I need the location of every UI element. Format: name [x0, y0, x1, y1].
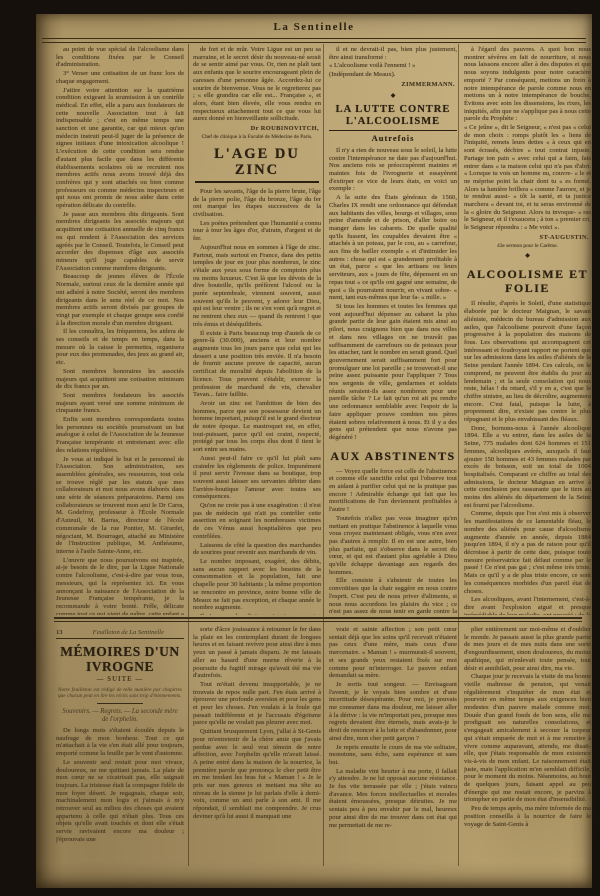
paragraph: plier entièrement sur moi-même et d'oubl… [464, 626, 591, 672]
paragraph: Aussi peut-il faire ce qu'il lui plaît s… [193, 455, 321, 501]
column-2: de fort et de mûr. Votre Ligue est un pe… [193, 46, 321, 615]
feuilleton-column-3: vraie et sainte affection ; son petit cœ… [329, 626, 457, 878]
paragraph: à l'égard des pauvres. A quoi bon nous m… [464, 46, 591, 123]
column-divider [323, 44, 324, 866]
paragraph: Il les connaîtra, les fréquentera, les a… [56, 328, 184, 367]
paragraph: Laissons de côté la question des marchan… [193, 542, 321, 557]
column-divider [458, 44, 459, 866]
paragraph: Tout m'était devenu insupportable, je ne… [193, 681, 321, 727]
quoted-passage: « L'alcoolisme voilà l'ennemi ! » [329, 62, 457, 70]
paragraph: Avoir un zinc est l'ambition de bien des… [193, 400, 321, 454]
feuilleton-column-2: sorte d'âcre jouissance à retourner le f… [193, 626, 321, 878]
paragraph: Le souvenir seul restait pour moi vivace… [56, 759, 184, 844]
paragraph: A la suite des États généraux de 1560, C… [329, 194, 457, 302]
column-1: au point de vue spécial de l'alcoolisme … [56, 46, 184, 615]
paragraph: Il résulte, d'après le Soleil, d'une sta… [464, 300, 591, 423]
paragraph: Qu'on ne croie pas à une exagération : i… [193, 502, 321, 541]
paragraph: Enfin sont membres correspondants toutes… [56, 416, 184, 455]
feuilleton-label: Feuilleton de La Sentinelle [73, 629, 184, 636]
newspaper-page: La Sentinelle au point de vue spécial de… [36, 14, 592, 888]
paragraph: Chaque jour je recevais la visite de ma … [464, 673, 591, 804]
paragraph: Quittant brusquement Lyon, j'allai à St-… [193, 728, 321, 820]
paragraph: Sont membres fondateurs les associés maj… [56, 392, 184, 415]
paragraph: Je passe aux membres dits dirigeants. So… [56, 211, 184, 273]
paragraph: Si tous les hommes et toutes les femmes … [329, 303, 457, 442]
newspaper-masthead: La Sentinelle [36, 21, 592, 33]
paragraph: au point de vue spécial de l'alcoolisme … [56, 46, 184, 69]
paragraph: Les alcooliques, avant l'internement, c'… [464, 596, 591, 615]
paragraph: 3° Verser une cotisation de un franc lor… [56, 70, 184, 85]
paragraph: Il n'y a pas de religion qui puisse se v… [193, 613, 321, 615]
paragraph: Elle consiste à s'abstenir de toutes les… [329, 577, 457, 615]
paragraph: Le nombre imposant, exagéré, des débits,… [193, 558, 321, 612]
paragraph: Beaucoup de jeunes élèves de l'École Nor… [56, 273, 184, 327]
paragraph: De longs mois s'étaient écoulés depuis l… [56, 727, 184, 758]
scanned-page: La Sentinelle au point de vue spécial de… [0, 0, 600, 896]
paragraph: Aujourd'hui nous en sommes à l'âge de zi… [193, 244, 321, 329]
feuilleton-chapter-title: Souvenirs. — Regrets. — La seconde mère … [60, 708, 180, 724]
paragraph: L'œuvre que nous poursuivons est inspiré… [56, 557, 184, 615]
section-rule [97, 703, 143, 704]
paragraph: sorte d'âcre jouissance à retourner le f… [193, 626, 321, 680]
paragraph: J'attire votre attention sur la quatrièm… [56, 87, 184, 210]
paragraph: Sont membres honoraires les associés maj… [56, 368, 184, 391]
signature: ST-AUGUSTIN. [464, 234, 589, 242]
section-ornament: ◆ [329, 93, 457, 101]
signature: Dr ROUBINOVITCH, [193, 125, 319, 133]
feuilleton-column-4: plier entièrement sur moi-même et d'oubl… [464, 626, 591, 878]
paragraph: Donc, bornons-nous à l'année alcoolique … [464, 425, 591, 510]
column-4: à l'égard des pauvres. A quoi bon nous m… [464, 46, 591, 615]
paragraph: Je repris ensuite le cours de ma vie sol… [329, 744, 457, 767]
quoted-passage: (Indépendant de Meaux). [329, 71, 457, 79]
paragraph: Il existe à Paris beaucoup trop d'autels… [193, 330, 321, 399]
article-heading: ALCOOLISME ET FOLIE [464, 267, 591, 295]
paragraph: Comme, depuis que l'on s'est mis à obser… [464, 510, 591, 595]
byline-credit: Chef de clinique à la Faculté de Médecin… [193, 134, 321, 140]
feuilleton-header: 13 Feuilleton de La Sentinelle [56, 629, 184, 636]
feuilleton-number: 13 [56, 629, 63, 636]
signature: ZIMMERMANN. [329, 81, 455, 89]
section-ornament: ◆ [464, 253, 591, 261]
paragraph: Il n'y a rien de nouveau sous le soleil,… [329, 147, 457, 193]
paragraph: de fort et de mûr. Votre Ligue est un pe… [193, 46, 321, 123]
byline-credit: 43e sermon pour le Carême. [464, 243, 591, 249]
column-divider [188, 44, 189, 866]
paragraph: Je sortis tout songeur. — Envisageant l'… [329, 681, 457, 743]
paragraph: Pour les savants, l'âge de la pierre bru… [193, 188, 321, 219]
article-heading: L'AGE DU ZINC [195, 146, 319, 183]
feuilleton-column-1: 13 Feuilleton de La Sentinelle MÉMOIRES … [56, 626, 184, 878]
paragraph: — Voyez quelle force est celle de l'abst… [329, 468, 457, 514]
paragraph: Les poètes prétendent que l'humanité a c… [193, 220, 321, 243]
feuilleton-editorial-note: Notre feuilleton est rédigé de telle man… [58, 687, 182, 699]
paragraph: Toutefois n'allez pas vous imaginer qu'e… [329, 515, 457, 577]
feuilleton-suite-label: — SUITE — [56, 676, 184, 683]
masthead-rule [42, 38, 586, 43]
article-heading: LA LUTTE CONTRE L'ALCOOLISME [329, 104, 457, 131]
feuilleton-divider [54, 617, 582, 622]
article-subheading: Autrefois [329, 135, 457, 143]
paragraph: La maladie vint heurter à ma porte, il f… [329, 768, 457, 830]
feuilleton-header-rule [56, 638, 184, 639]
paragraph: vraie et sainte affection ; son petit cœ… [329, 626, 457, 680]
paragraph: Peu de temps après, ma mère informée de … [464, 805, 591, 828]
quoted-passage: « Ce jeûne », dit le Seigneur, « n'est p… [464, 124, 591, 232]
column-3: il et ne devrait-il pas, bien plus juste… [329, 46, 457, 615]
paragraph: Je vous ai indiqué le but et le personne… [56, 456, 184, 556]
article-heading: AUX ABSTINENTS [329, 449, 457, 463]
feuilleton-title: MÉMOIRES D'UN IVROGNE [56, 644, 184, 674]
paragraph: il et ne devrait-il pas, bien plus juste… [329, 46, 457, 61]
